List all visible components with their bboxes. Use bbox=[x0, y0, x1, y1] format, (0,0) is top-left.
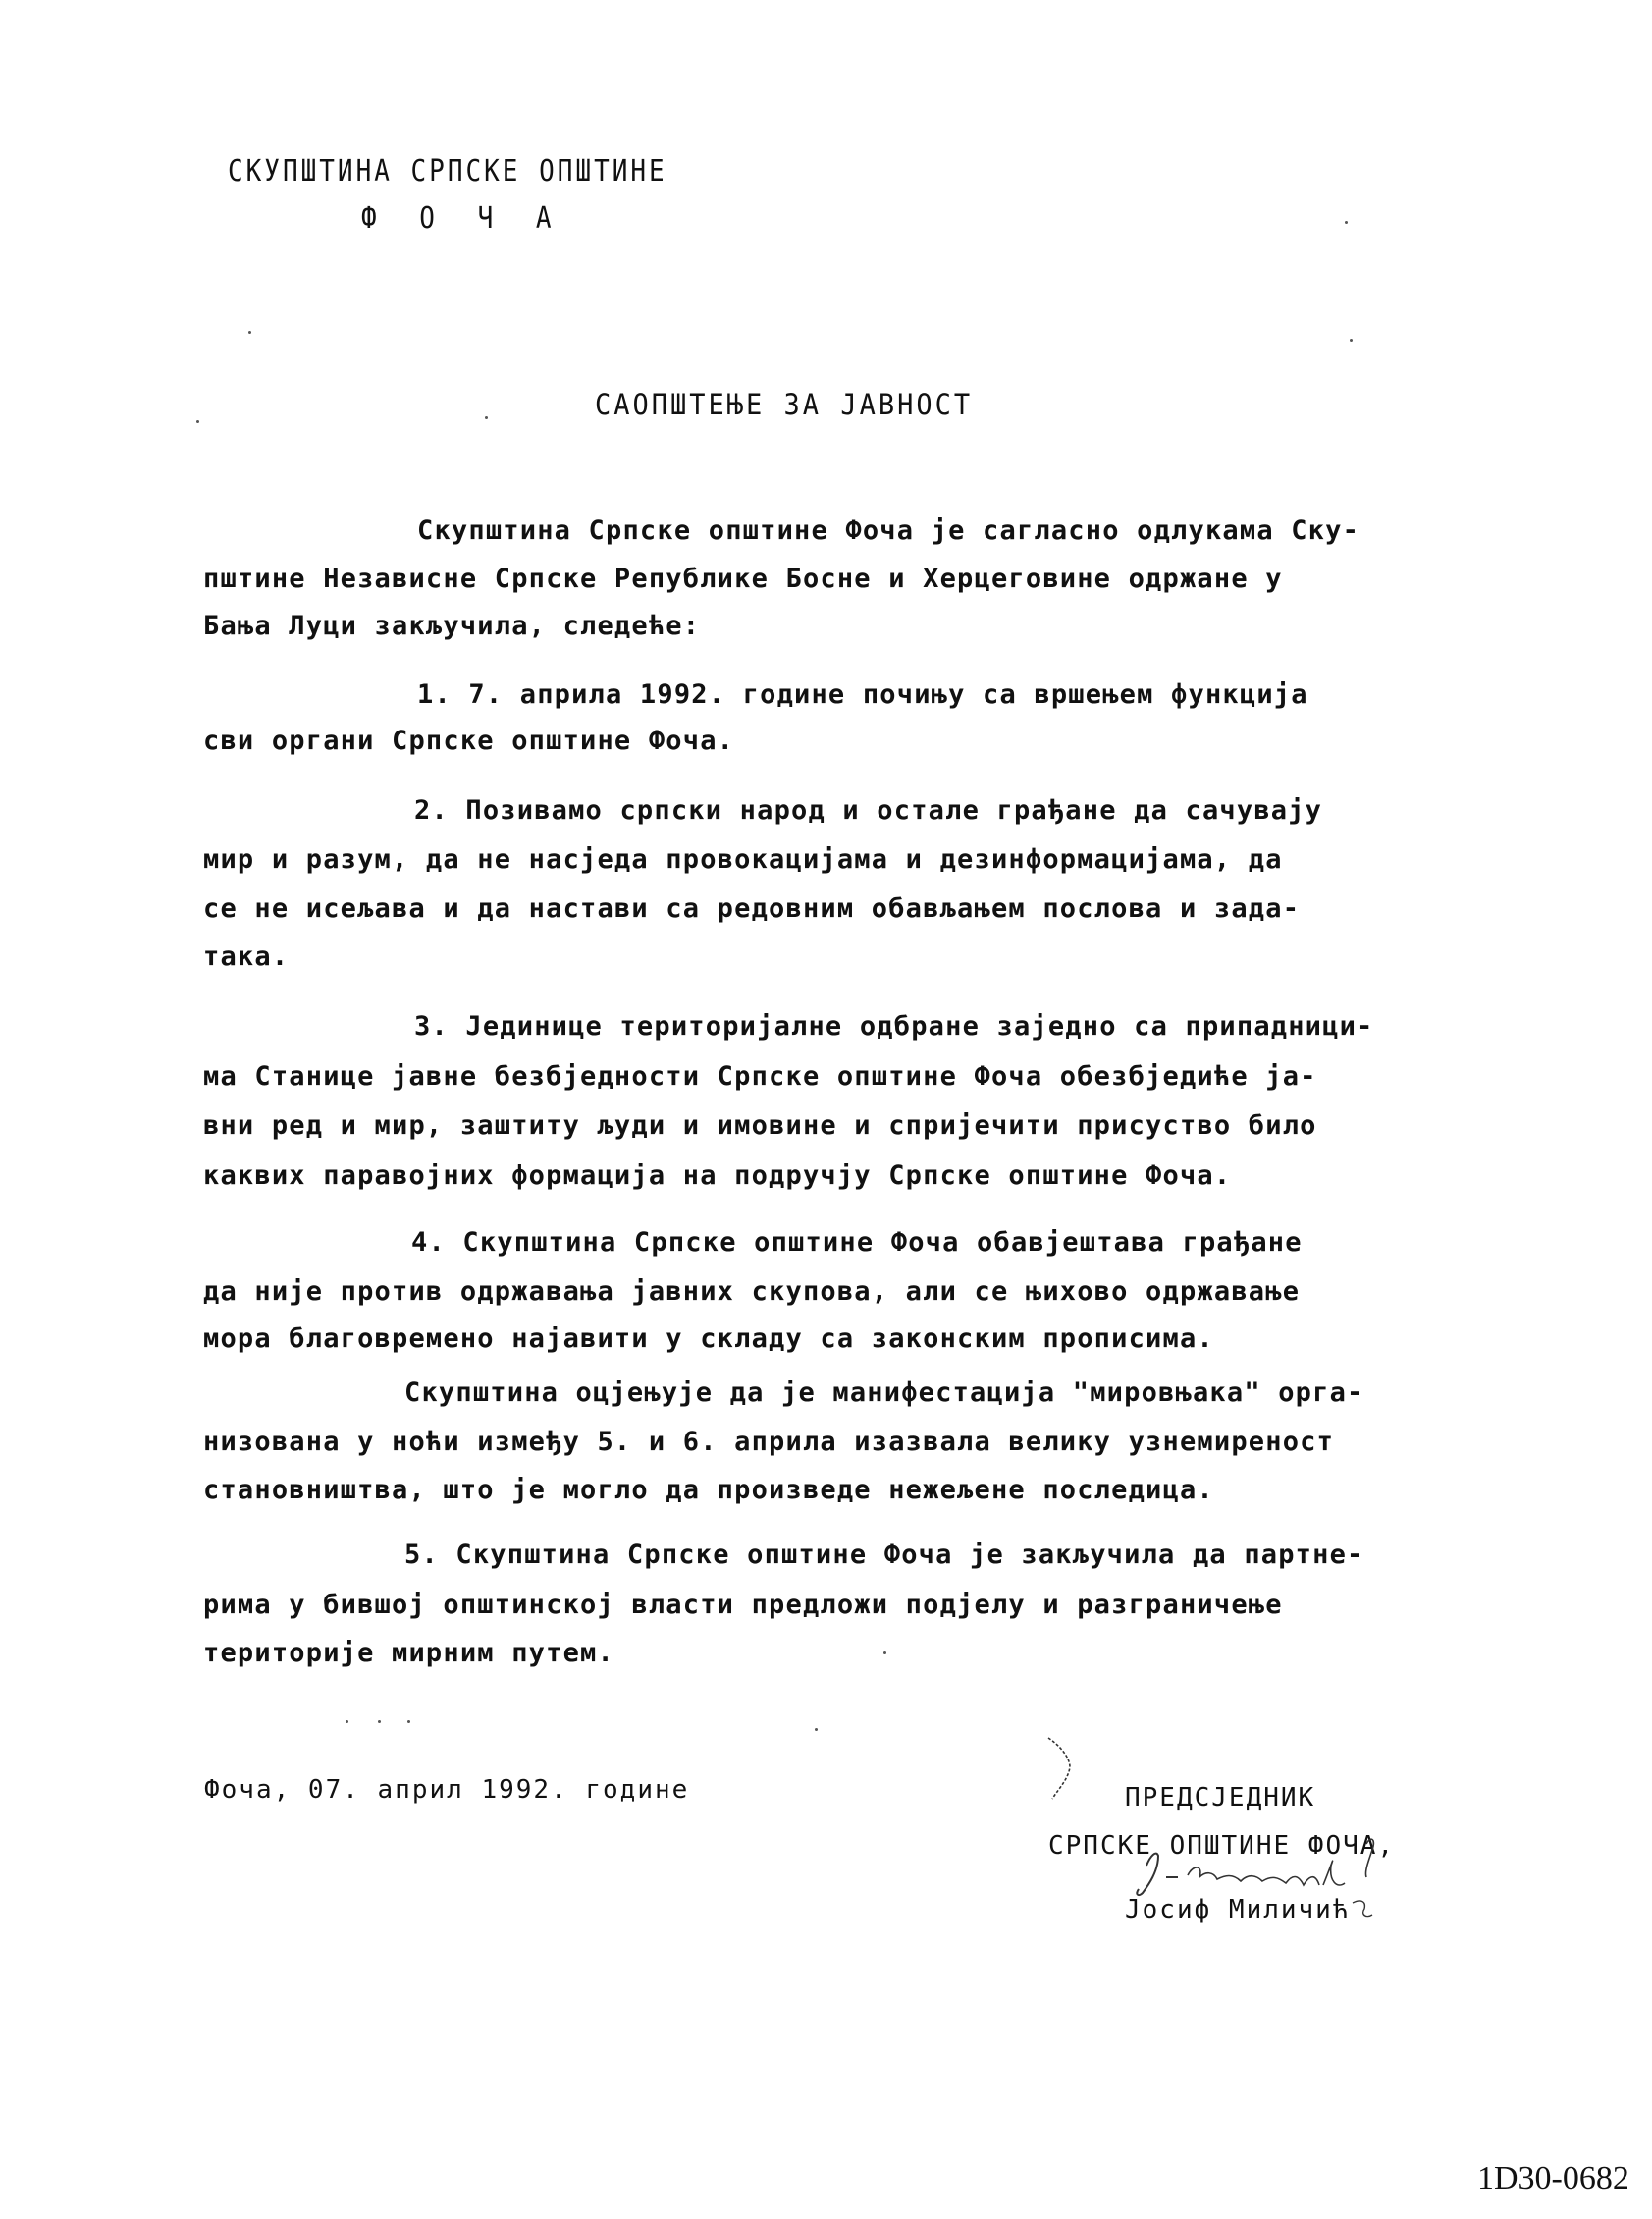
item-2-line-2: мир и разум, да не насједа провокацијама… bbox=[203, 846, 1283, 873]
item-3-line-4: каквих паравојних формација на подручју … bbox=[203, 1163, 1231, 1189]
scan-speck bbox=[883, 1651, 886, 1654]
item-4-extra-line-3: становништва, што је могло да произведе … bbox=[203, 1477, 1214, 1503]
item-5-line-1: 5. Скупштина Српске општине Фоча је закљ… bbox=[404, 1542, 1364, 1568]
item-3-line-3: вни ред и мир, заштиту људи и имовине и … bbox=[203, 1112, 1317, 1139]
item-1-line-2: сви органи Српске општине Фоча. bbox=[203, 728, 734, 754]
scan-speck bbox=[346, 1720, 348, 1723]
item-4-line-1: 4. Скупштина Српске општине Фоча обавјеш… bbox=[411, 1229, 1303, 1256]
item-4-extra-line-1: Скупштина оцјењује да је манифестација "… bbox=[404, 1380, 1364, 1406]
intro-line-3: Бања Луци закључила, следеће: bbox=[203, 613, 700, 639]
handwritten-signature bbox=[1040, 1728, 1453, 1924]
scan-speck bbox=[248, 331, 251, 334]
document-id: 1D30-0682 bbox=[1477, 2160, 1629, 2197]
scan-speck bbox=[378, 1720, 381, 1723]
scan-speck bbox=[407, 1720, 410, 1723]
document-title: САОПШТЕЊЕ ЗА ЈАВНОСТ bbox=[595, 391, 973, 420]
item-2-line-4: така. bbox=[203, 944, 289, 970]
place-date: Фоча, 07. април 1992. године bbox=[204, 1777, 689, 1803]
item-2-line-3: се не исељава и да настави са редовним о… bbox=[203, 895, 1300, 922]
item-4-line-3: мора благовремено најавити у складу са з… bbox=[203, 1326, 1214, 1352]
scan-speck bbox=[815, 1728, 818, 1731]
letterhead-line-1: СКУПШТИНА СРПСКЕ ОПШТИНЕ bbox=[228, 157, 667, 187]
item-4-extra-line-2: низована у ноћи између 5. и 6. априла из… bbox=[203, 1429, 1334, 1455]
document-page: СКУПШТИНА СРПСКЕ ОПШТИНЕ Ф О Ч А САОПШТЕ… bbox=[0, 0, 1652, 2219]
item-5-line-3: територије мирним путем. bbox=[203, 1640, 614, 1666]
item-4-line-2: да није против одржавања јавних скупова,… bbox=[203, 1278, 1300, 1305]
letterhead-line-2: Ф О Ч А bbox=[361, 204, 565, 234]
scan-speck bbox=[1350, 339, 1353, 342]
item-2-line-1: 2. Позивамо српски народ и остале грађан… bbox=[414, 797, 1322, 824]
intro-line-1: Скупштина Српске општине Фоча је сагласн… bbox=[417, 517, 1359, 544]
scan-speck bbox=[1345, 221, 1348, 224]
item-1-line-1: 1. 7. априла 1992. године почињу са врше… bbox=[417, 681, 1308, 708]
item-3-line-2: ма Станице јавне безбједности Српске опш… bbox=[203, 1063, 1317, 1090]
scan-speck bbox=[196, 420, 199, 423]
item-5-line-2: рима у бившој општинској власти предложи… bbox=[203, 1592, 1283, 1618]
scan-speck bbox=[485, 416, 488, 419]
intro-line-2: пштине Независне Српске Републике Босне … bbox=[203, 566, 1283, 592]
item-3-line-1: 3. Јединице територијалне одбране заједн… bbox=[414, 1013, 1374, 1040]
